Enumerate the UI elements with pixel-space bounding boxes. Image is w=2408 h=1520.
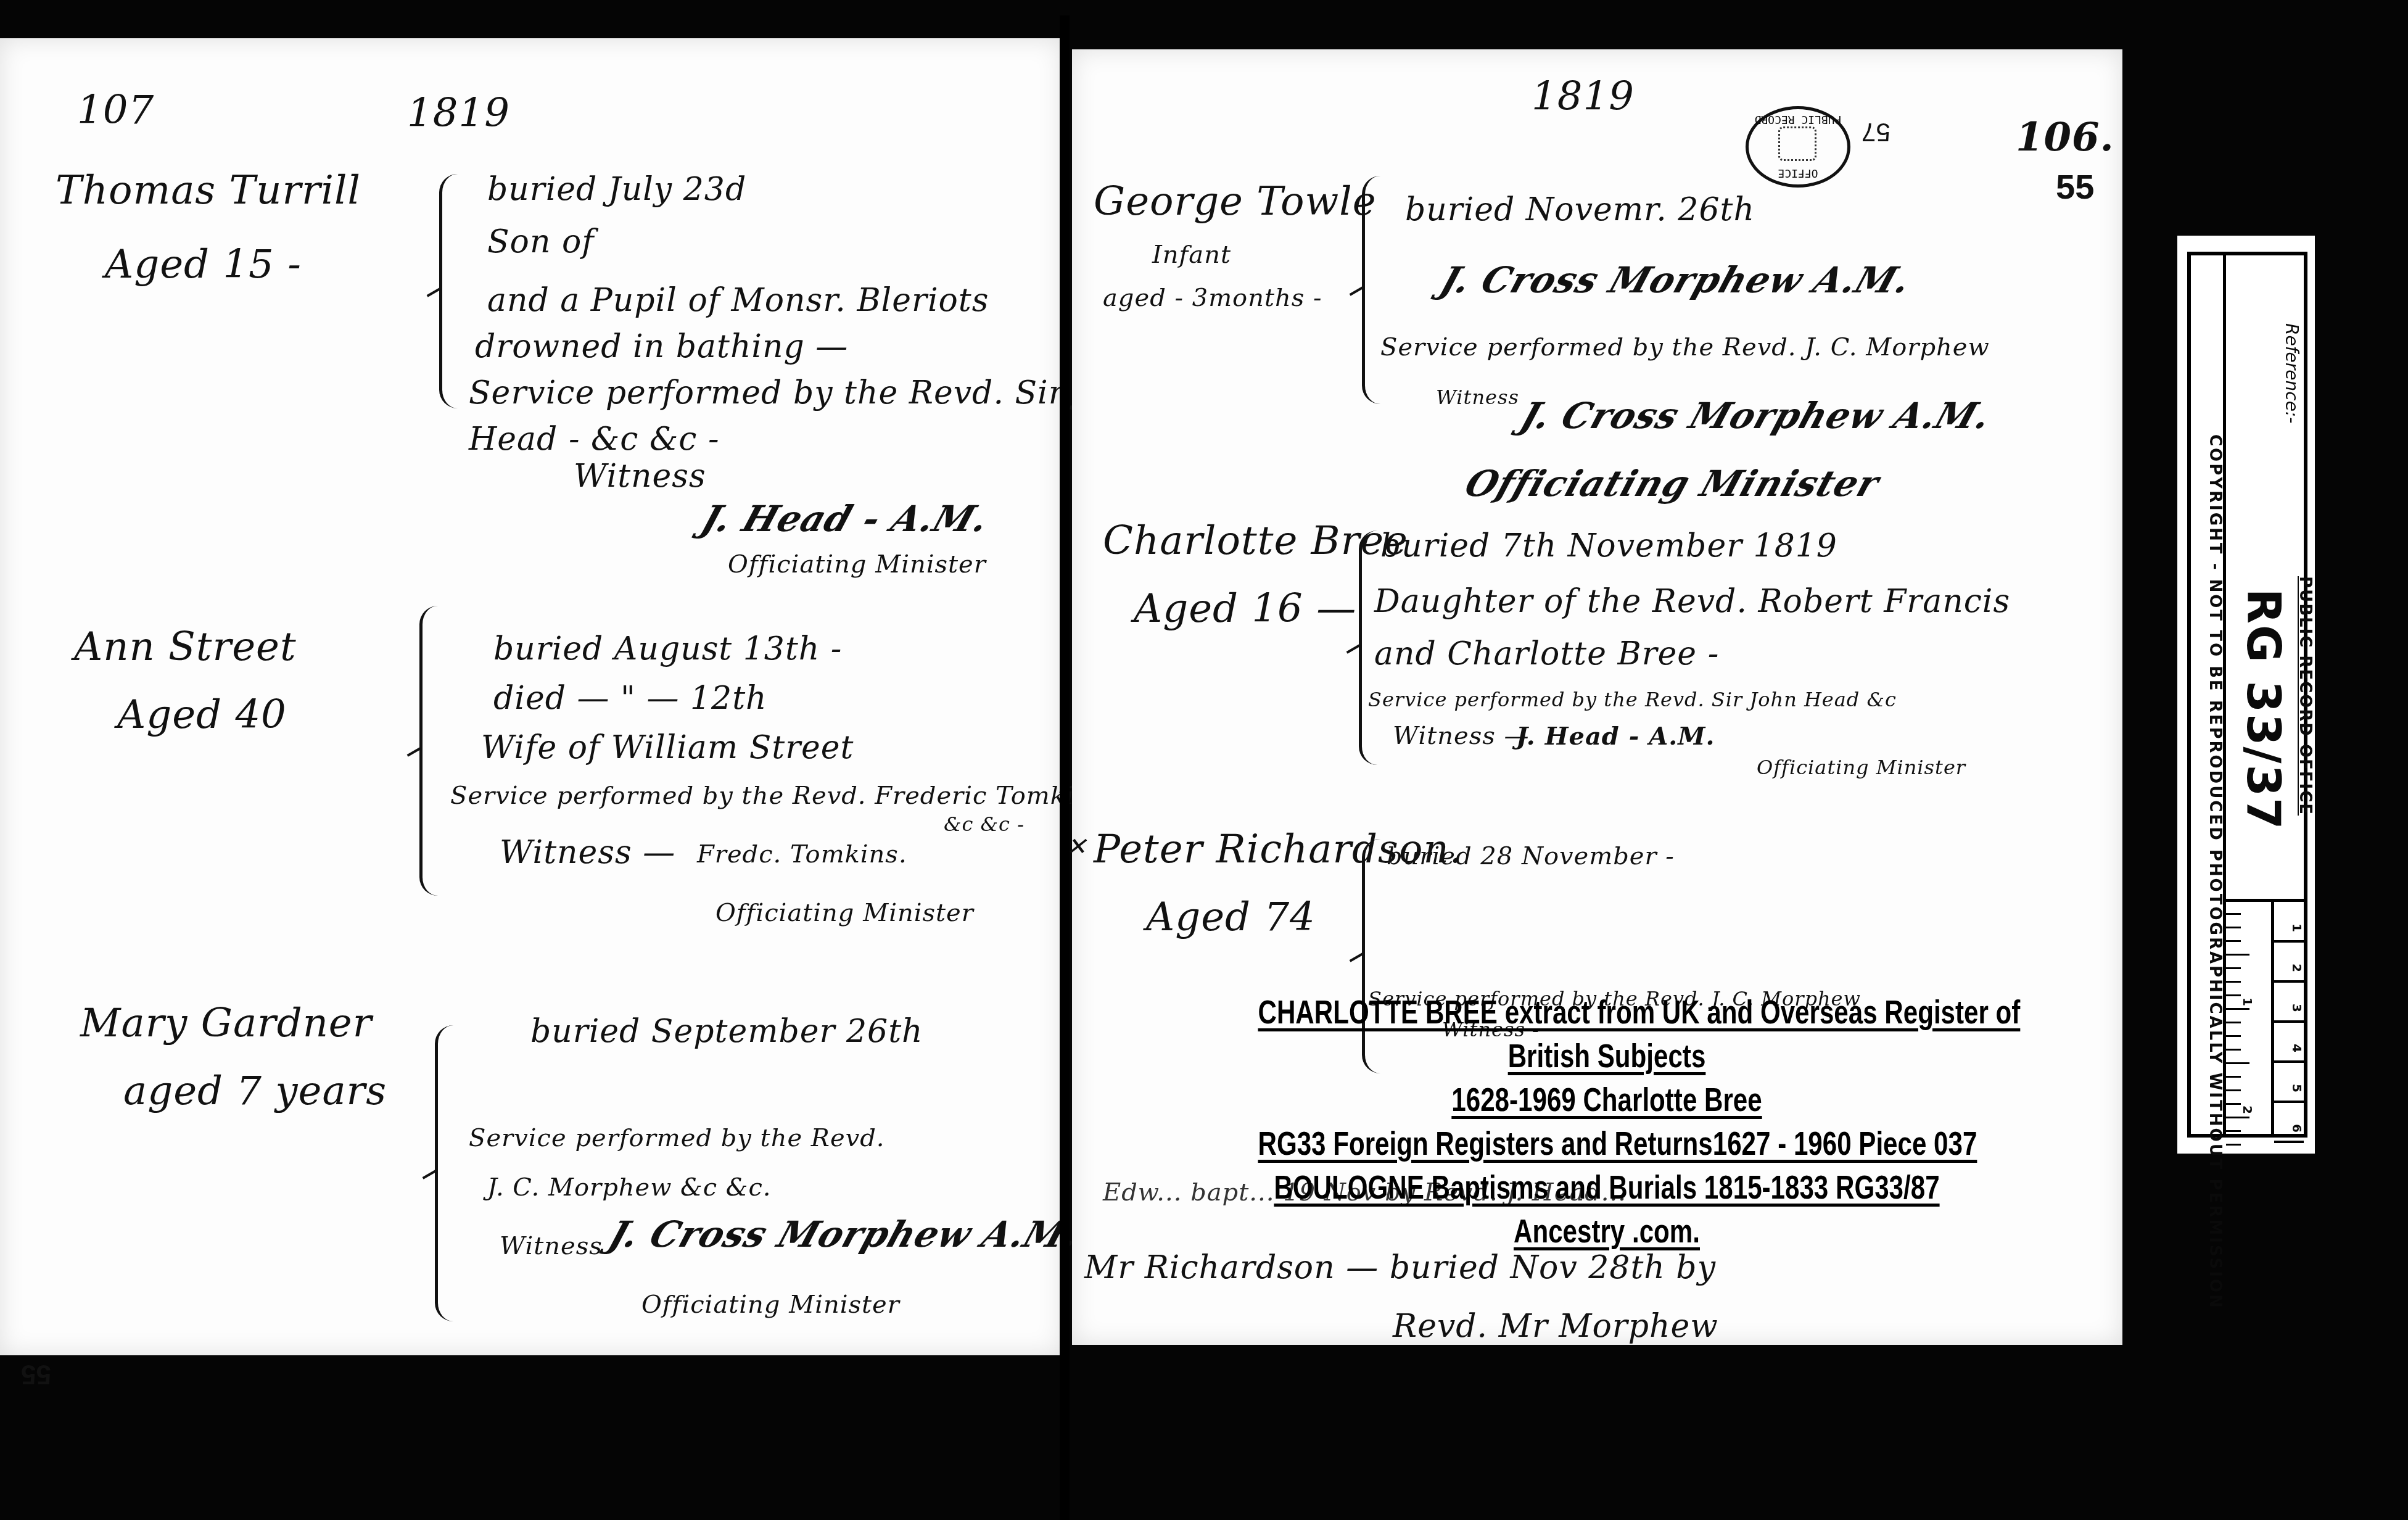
- caption-line-title: CHARLOTTE BREE extract from UK and Overs…: [1258, 991, 1956, 1035]
- entry-brace: [435, 1025, 463, 1321]
- minister-signature: J. Cross Morphew A.M.: [604, 1213, 1085, 1255]
- record-office-label: PUBLIC RECORD OFFICE: [2296, 576, 2314, 816]
- entry-detail: and a Pupil of Monsr. Bleriots: [487, 282, 989, 319]
- ruler-tick: [2226, 1008, 2249, 1010]
- ruler-tick: [2226, 913, 2241, 915]
- registrar-signature: J. Cross Morphew A.M.: [1435, 259, 1916, 301]
- ruler-tick: [2226, 1035, 2241, 1037]
- entry-detail: Son of: [487, 223, 595, 260]
- copyright-notice: COPYRIGHT - NOT TO BE REPRODUCED PHOTOGR…: [2206, 434, 2224, 1310]
- entry-detail: Service performed by the Revd. Sir John …: [1368, 688, 1897, 711]
- minister-role: Officiating Minister: [728, 550, 986, 579]
- ruler-inch-label: 1: [2240, 998, 2255, 1006]
- minister-signature: J. Head - A.M.: [1516, 722, 1715, 751]
- ruler-tick: [2226, 1117, 2249, 1118]
- entry-age: aged - 3months -: [1103, 284, 1322, 312]
- marginal-note: Mr Richardson — buried Nov 28th by: [1084, 1249, 1716, 1286]
- minister-role: Officiating Minister: [641, 1291, 900, 1319]
- ruler-tick: [2226, 1144, 2241, 1146]
- entry-age: Aged 16 —: [1134, 586, 1356, 632]
- entry-brace: [419, 606, 447, 896]
- caption-overlay: CHARLOTTE BREE extract from UK and Overs…: [1160, 991, 2054, 1254]
- entry-detail: Service performed by the Revd.: [469, 1124, 885, 1152]
- ruler-cm-mark: 3: [2274, 982, 2304, 1023]
- entry-detail: and Charlotte Bree -: [1374, 635, 1719, 672]
- caption-line-register: BOULOGNE Baptisms and Burials 1815-1833 …: [1258, 1166, 1956, 1210]
- marginal-note: Revd. Mr Morphew: [1393, 1308, 1718, 1345]
- left-folio-number: 107: [77, 88, 154, 133]
- ruler-tick: [2226, 1062, 2249, 1064]
- ruler-cm-mark: 6: [2274, 1102, 2304, 1143]
- minister-signature: J. Head - A.M.: [696, 498, 994, 540]
- entry-name: Thomas Turrill: [56, 168, 361, 213]
- entry-age: Aged 15 -: [105, 242, 302, 287]
- entry-descriptor: Infant: [1152, 241, 1231, 269]
- entry-age: aged 7 years: [123, 1068, 387, 1114]
- left-page: 107 1819 Thomas Turrill Aged 15 - buried…: [0, 38, 1062, 1355]
- left-year-header: 1819: [407, 91, 510, 136]
- minister-role: Officiating Minister: [1757, 756, 1966, 779]
- reference-label: Reference:-: [2282, 323, 2302, 423]
- reference-card: COPYRIGHT - NOT TO BE REPRODUCED PHOTOGR…: [2177, 236, 2315, 1154]
- witness-label: Witness —: [500, 834, 675, 871]
- ruler-tick: [2226, 1103, 2241, 1105]
- entry-age: Aged 40: [117, 692, 287, 738]
- ruler-cm-mark: 2: [2274, 942, 2304, 983]
- minister-role: Officiating Minister: [1460, 463, 1885, 505]
- minister-signature: Fredc. Tomkins.: [697, 840, 907, 869]
- entry-detail: J. C. Morphew &c &c.: [487, 1173, 772, 1202]
- entry-detail: Wife of William Street: [481, 729, 854, 766]
- witness-label: Witness: [500, 1232, 603, 1260]
- entry-detail: died — " — 12th: [493, 680, 767, 717]
- reference-card-border: COPYRIGHT - NOT TO BE REPRODUCED PHOTOGR…: [2187, 252, 2307, 1138]
- entry-detail: buried 7th November 1819: [1380, 527, 1837, 564]
- public-record-office-stamp: OFFICE PUBLIC RECORD: [1746, 106, 1850, 188]
- entry-detail: Service performed by the Revd. J. C. Mor…: [1380, 333, 1990, 361]
- entry-detail: Service performed by the Revd. Frederic …: [450, 782, 1104, 810]
- minister-signature: J. Cross Morphew A.M.: [1515, 395, 1997, 437]
- entry-age: Aged 74: [1146, 894, 1316, 940]
- entry-name: Ann Street: [74, 624, 297, 670]
- entry-detail: buried August 13th -: [493, 630, 842, 667]
- right-page-number: 55: [2056, 167, 2094, 207]
- right-folio-number: 106.: [2016, 114, 2114, 160]
- stamp-text-bottom: PUBLIC RECORD: [1749, 113, 1847, 126]
- ruler-tick: [2226, 1076, 2241, 1078]
- right-year-header: 1819: [1532, 74, 1635, 120]
- stamp-text-top: OFFICE: [1749, 167, 1847, 180]
- left-bottom-marker: 55: [21, 1358, 51, 1389]
- entry-detail: Head - &c &c -: [469, 421, 720, 458]
- page-gutter: [1060, 15, 1070, 1520]
- ruler-tick: [2226, 1049, 2241, 1051]
- entry-detail: Daughter of the Revd. Robert Francis: [1374, 583, 2010, 620]
- entry-brace: [439, 174, 467, 408]
- entry-detail: buried July 23d: [487, 171, 746, 208]
- caption-line-series: RG33 Foreign Registers and Returns1627 -…: [1258, 1122, 1956, 1166]
- ruler-tick: [2226, 1022, 2241, 1023]
- ruler-cm-mark: 5: [2274, 1062, 2304, 1103]
- ruler-tick: [2226, 967, 2241, 969]
- ruler-tick: [2226, 1089, 2241, 1091]
- scale-ruler: 123456 12: [2226, 899, 2304, 1134]
- entry-detail: &c &c -: [944, 812, 1025, 836]
- ruler-cm-mark: 4: [2274, 1022, 2304, 1063]
- inverted-number: 57: [1862, 117, 1891, 147]
- entry-detail: buried 28 November -: [1387, 842, 1675, 870]
- reference-code: RG 33/37: [2237, 589, 2290, 830]
- caption-line-subjects: British Subjects: [1258, 1035, 1956, 1078]
- entry-name: Mary Gardner: [80, 1001, 372, 1046]
- ruler-tick: [2226, 994, 2241, 996]
- ruler-tick: [2226, 1130, 2241, 1132]
- entry-brace: [1362, 176, 1390, 404]
- entry-detail: buried Novemr. 26th: [1405, 191, 1755, 228]
- witness-label: Witness: [1436, 386, 1519, 409]
- crown-emblem-icon: [1778, 126, 1816, 161]
- caption-line-source-link[interactable]: Ancestry .com.: [1258, 1210, 1956, 1254]
- witness-label: Witness: [574, 458, 706, 495]
- witness-label: Witness —: [1393, 722, 1529, 750]
- entry-detail: Service performed by the Revd. Sir John: [469, 374, 1151, 411]
- ruler-tick: [2226, 940, 2241, 942]
- caption-line-dates: 1628-1969 Charlotte Bree: [1258, 1078, 1956, 1122]
- entry-detail: buried September 26th: [530, 1013, 923, 1050]
- minister-role: Officiating Minister: [715, 899, 974, 927]
- ruler-tick: [2226, 954, 2249, 956]
- marginal-mark: ✕: [1066, 833, 1087, 861]
- ruler-tick: [2226, 981, 2241, 983]
- ruler-inch-label: 2: [2240, 1105, 2255, 1114]
- entry-detail: drowned in bathing —: [475, 328, 848, 365]
- entry-name: George Towle: [1094, 179, 1377, 225]
- ruler-cm-mark: 1: [2274, 902, 2304, 943]
- ruler-tick: [2226, 927, 2241, 928]
